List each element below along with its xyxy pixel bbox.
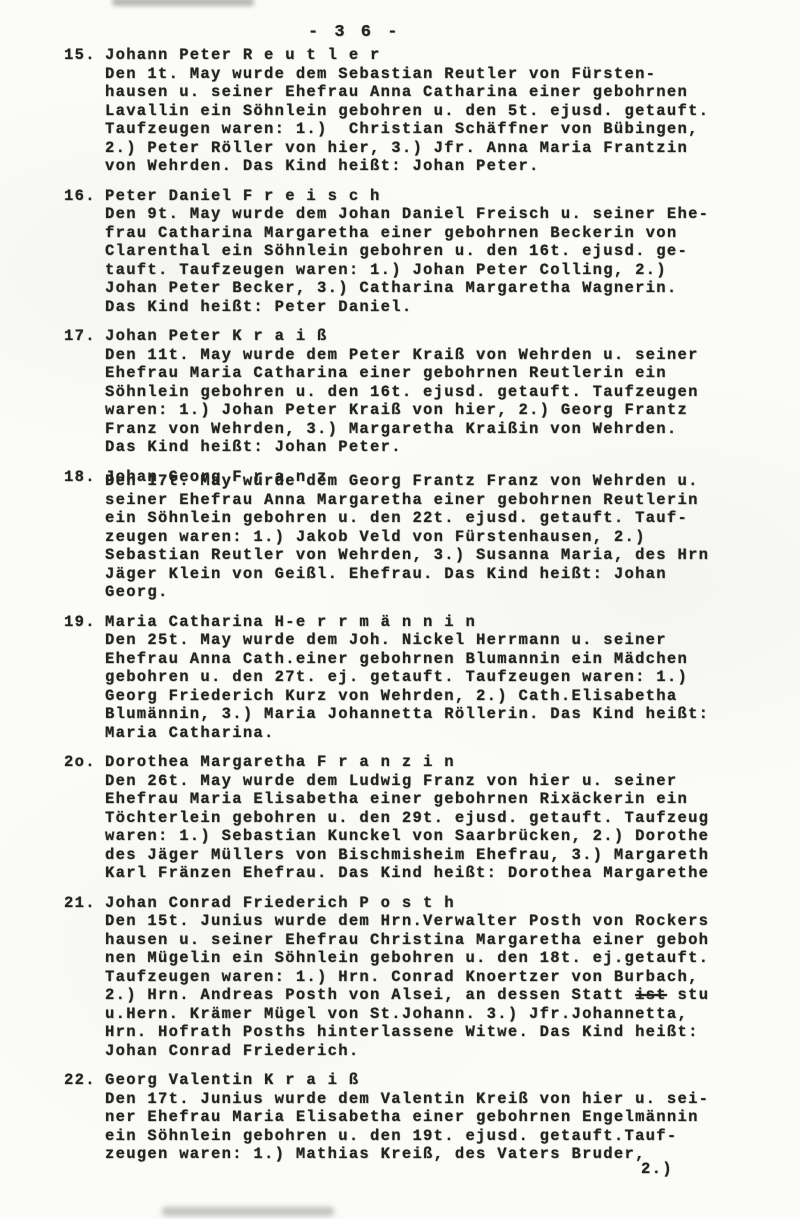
baptism-entries-list: 15. Johann Peter R e u t l e r Den 1t. M… — [64, 46, 800, 1175]
entry-lines: Den 26t. May wurde dem Ludwig Franz von … — [105, 772, 800, 883]
entry-line: Den 11t. May wurde dem Peter Kraiß von W… — [105, 346, 800, 365]
baptism-entry: 17. Johan Peter K r a i ß Den 11t. May w… — [64, 327, 800, 457]
entry-number: 16. — [64, 187, 105, 206]
entry-line: hausen u. seiner Ehefrau Anna Catharina … — [105, 83, 800, 102]
entry-number: 21. — [64, 894, 105, 913]
entry-number: 18. — [64, 468, 105, 487]
entry-line: des Jäger Müllers von Bischmisheim Ehefr… — [105, 846, 800, 865]
entry-line: Den 9t. May wurde dem Johan Daniel Freis… — [105, 205, 800, 224]
entry-lines: Den 25t. May wurde dem Joh. Nickel Herrm… — [105, 631, 800, 742]
entry-title: Johan Peter K r a i ß — [105, 327, 800, 346]
entry-line: Ehefrau Maria Elisabetha einer gebohrnen… — [105, 790, 800, 809]
entry-line: tauft. Taufzeugen waren: 1.) Johan Peter… — [105, 261, 800, 280]
entry-line: Lavallin ein Söhnlein gebohren u. den 5t… — [105, 102, 800, 121]
entry-line: 2.) Hrn. Andreas Posth von Alsei, an des… — [105, 986, 800, 1005]
entry-lines: Den 17t. Junius wurde dem Valentin Kreiß… — [105, 1090, 800, 1164]
entry-body: Dorothea Margaretha F r a n z i n Den 26… — [105, 753, 800, 883]
entry-lines: Den 9t. May wurde dem Johan Daniel Freis… — [105, 205, 800, 316]
entry-line: Den 26t. May wurde dem Ludwig Franz von … — [105, 772, 800, 791]
entry-line: Den 25t. May wurde dem Joh. Nickel Herrm… — [105, 631, 800, 650]
entry-title: Georg Valentin K r a i ß — [105, 1071, 800, 1090]
entry-body: Georg Valentin K r a i ß Den 17t. Junius… — [105, 1071, 800, 1164]
entry-line: nen Mügelin ein Söhnlein gebohren u. den… — [105, 949, 800, 968]
entry-line: von Wehrden. Das Kind heißt: Johan Peter… — [105, 157, 800, 176]
entry-line: Hrn. Hofrath Posths hinterlassene Witwe.… — [105, 1023, 800, 1042]
scan-artifact-bottom — [162, 1207, 334, 1216]
baptism-entry: 22. Georg Valentin K r a i ß Den 17t. Ju… — [64, 1071, 800, 1164]
entry-line: zeugen waren: 1.) Mathias Kreiß, des Vat… — [105, 1145, 800, 1164]
scan-artifact-top — [112, 0, 254, 6]
entry-line: Johan Conrad Friederich. — [105, 1042, 800, 1061]
entry-lines: Den 15t. Junius wurde dem Hrn.Verwalter … — [105, 912, 800, 1060]
entry-lines: Den 17t. May wurde dem Georg Frantz Fran… — [105, 472, 800, 602]
entry-line: Den 1t. May wurde dem Sebastian Reutler … — [105, 65, 800, 84]
entry-line: waren: 1.) Johan Peter Kraiß von hier, 2… — [105, 401, 800, 420]
entry-line: hausen u. seiner Ehefrau Christina Marga… — [105, 931, 800, 950]
entry-line: frau Catharina Margaretha einer gebohrne… — [105, 224, 800, 243]
page-number: - 3 6 - — [308, 24, 400, 43]
entry-line: Blumännin, 3.) Maria Johannetta Röllerin… — [105, 705, 800, 724]
entry-line: Töchterlein gebohren u. den 29t. ejusd. … — [105, 809, 800, 828]
entry-lines: Den 1t. May wurde dem Sebastian Reutler … — [105, 65, 800, 176]
entry-line: Taufzeugen waren: 1.) Hrn. Conrad Knoert… — [105, 968, 800, 987]
baptism-entry: 18. Johan Georg F r a n z Den 17t. May w… — [64, 468, 800, 602]
entry-line: waren: 1.) Sebastian Kunckel von Saarbrü… — [105, 827, 800, 846]
entry-title: Dorothea Margaretha F r a n z i n — [105, 753, 800, 772]
entry-line: Clarenthal ein Söhnlein gebohren u. den … — [105, 242, 800, 261]
baptism-entry: 15. Johann Peter R e u t l e r Den 1t. M… — [64, 46, 800, 176]
entry-line: Karl Fränzen Ehefrau. Das Kind heißt: Do… — [105, 864, 800, 883]
entry-body: Johan Conrad Friederich P o s t h Den 15… — [105, 894, 800, 1061]
entry-line: ein Söhnlein gebohren u. den 19t. ejusd.… — [105, 1127, 800, 1146]
entry-body: Johann Peter R e u t l e r Den 1t. May w… — [105, 46, 800, 176]
entry-line: Das Kind heißt: Peter Daniel. — [105, 298, 800, 317]
entry-line: Maria Catharina. — [105, 724, 800, 743]
entry-lines: Den 11t. May wurde dem Peter Kraiß von W… — [105, 346, 800, 457]
entry-line: ein Söhnlein gebohren u. den 22t. ejusd.… — [105, 509, 800, 528]
entry-number: 22. — [64, 1071, 105, 1090]
entry-number: 2o. — [64, 753, 105, 772]
baptism-entry: 21. Johan Conrad Friederich P o s t h De… — [64, 894, 800, 1061]
entry-number: 17. — [64, 327, 105, 346]
entry-line: Jäger Klein von Geißl. Ehefrau. Das Kind… — [105, 565, 800, 584]
entry-line: ner Ehefrau Maria Elisabetha einer geboh… — [105, 1108, 800, 1127]
entry-title: Johan Conrad Friederich P o s t h — [105, 894, 800, 913]
entry-line: Das Kind heißt: Johan Peter. — [105, 438, 800, 457]
entry-number: 19. — [64, 613, 105, 632]
entry-line: seiner Ehefrau Anna Margaretha einer geb… — [105, 491, 800, 510]
entry-line: Ehefrau Maria Catharina einer gebohrnen … — [105, 364, 800, 383]
baptism-entry: 2o. Dorothea Margaretha F r a n z i n De… — [64, 753, 800, 883]
entry-line: u.Hern. Krämer Mügel von St.Johann. 3.) … — [105, 1005, 800, 1024]
entry-title: Peter Daniel F r e i s c h — [105, 187, 800, 206]
entry-line: Georg Friederich Kurz von Wehrden, 2.) C… — [105, 687, 800, 706]
entry-line: Den 17t. May wurde dem Georg Frantz Fran… — [105, 472, 800, 491]
entry-line: gebohren u. den 27t. ej. getauft. Taufze… — [105, 668, 800, 687]
baptism-entry: 19. Maria Catharina H-e r r m ä n n i n … — [64, 613, 800, 743]
entry-body: Johan Peter K r a i ß Den 11t. May wurde… — [105, 327, 800, 457]
scanned-document-page: - 3 6 - 15. Johann Peter R e u t l e r D… — [0, 0, 800, 1219]
entry-line: Franz von Wehrden, 3.) Margaretha Kraißi… — [105, 420, 800, 439]
entry-body: Maria Catharina H-e r r m ä n n i n Den … — [105, 613, 800, 743]
entry-title: Maria Catharina H-e r r m ä n n i n — [105, 613, 800, 632]
entry-line: Ehefrau Anna Cath.einer gebohrnen Bluman… — [105, 650, 800, 669]
continuation-marker: 2.) — [641, 1160, 673, 1179]
entry-line: Sebastian Reutler von Wehrden, 3.) Susan… — [105, 546, 800, 565]
entry-line: Den 15t. Junius wurde dem Hrn.Verwalter … — [105, 912, 800, 931]
entry-line: Söhnlein gebohren u. den 16t. ejusd. get… — [105, 383, 800, 402]
entry-line: Johan Peter Becker, 3.) Catharina Margar… — [105, 279, 800, 298]
entry-line: zeugen waren: 1.) Jakob Veld von Fürsten… — [105, 528, 800, 547]
entry-title: Johann Peter R e u t l e r — [105, 46, 800, 65]
entry-line: Georg. — [105, 583, 800, 602]
entry-line: Taufzeugen waren: 1.) Christian Schäffne… — [105, 120, 800, 139]
baptism-entry: 16. Peter Daniel F r e i s c h Den 9t. M… — [64, 187, 800, 317]
entry-line: 2.) Peter Röller von hier, 3.) Jfr. Anna… — [105, 139, 800, 158]
entry-line: Den 17t. Junius wurde dem Valentin Kreiß… — [105, 1090, 800, 1109]
entry-body: Johan Georg F r a n z Den 17t. May wurde… — [105, 468, 800, 602]
entry-number: 15. — [64, 46, 105, 65]
entry-body: Peter Daniel F r e i s c h Den 9t. May w… — [105, 187, 800, 317]
